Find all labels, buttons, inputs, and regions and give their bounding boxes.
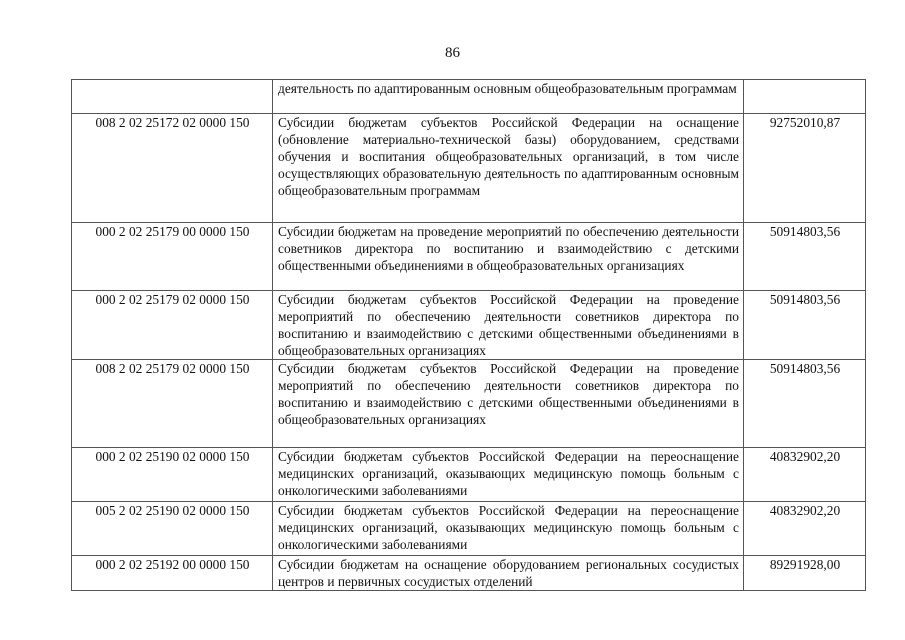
description-cell: деятельность по адаптированным основным … [273, 80, 744, 114]
description-cell: Субсидии бюджетам субъектов Российской Ф… [273, 448, 744, 502]
amount-cell: 40832902,20 [744, 502, 866, 556]
description-cell: Субсидии бюджетам субъектов Российской Ф… [273, 360, 744, 448]
budget-code-cell: 005 2 02 25190 02 0000 150 [72, 502, 273, 556]
amount-cell: 50914803,56 [744, 360, 866, 448]
description-cell: Субсидии бюджетам на проведение мероприя… [273, 223, 744, 291]
page-number: 86 [0, 44, 905, 62]
table-row: деятельность по адаптированным основным … [72, 80, 866, 114]
amount-cell: 40832902,20 [744, 448, 866, 502]
description-cell: Субсидии бюджетам субъектов Российской Ф… [273, 291, 744, 360]
table-row: 000 2 02 25192 00 0000 150 Субсидии бюдж… [72, 556, 866, 591]
budget-code-cell: 000 2 02 25179 00 0000 150 [72, 223, 273, 291]
table-row: 008 2 02 25172 02 0000 150 Субсидии бюдж… [72, 114, 866, 223]
amount-cell: 89291928,00 [744, 556, 866, 591]
table-row: 008 2 02 25179 02 0000 150 Субсидии бюдж… [72, 360, 866, 448]
budget-code-cell: 000 2 02 25192 00 0000 150 [72, 556, 273, 591]
budget-code-cell: 008 2 02 25179 02 0000 150 [72, 360, 273, 448]
description-cell: Субсидии бюджетам субъектов Российской Ф… [273, 502, 744, 556]
budget-revenue-table: деятельность по адаптированным основным … [71, 79, 866, 591]
budget-code-cell: 008 2 02 25172 02 0000 150 [72, 114, 273, 223]
description-cell: Субсидии бюджетам на оснащение оборудова… [273, 556, 744, 591]
table-row: 000 2 02 25190 02 0000 150 Субсидии бюдж… [72, 448, 866, 502]
amount-cell [744, 80, 866, 114]
amount-cell: 50914803,56 [744, 291, 866, 360]
amount-cell: 50914803,56 [744, 223, 866, 291]
table-row: 000 2 02 25179 02 0000 150 Субсидии бюдж… [72, 291, 866, 360]
description-cell: Субсидии бюджетам субъектов Российской Ф… [273, 114, 744, 223]
amount-cell: 92752010,87 [744, 114, 866, 223]
budget-code-cell [72, 80, 273, 114]
table-row: 000 2 02 25179 00 0000 150 Субсидии бюдж… [72, 223, 866, 291]
table-row: 005 2 02 25190 02 0000 150 Субсидии бюдж… [72, 502, 866, 556]
budget-code-cell: 000 2 02 25190 02 0000 150 [72, 448, 273, 502]
budget-code-cell: 000 2 02 25179 02 0000 150 [72, 291, 273, 360]
